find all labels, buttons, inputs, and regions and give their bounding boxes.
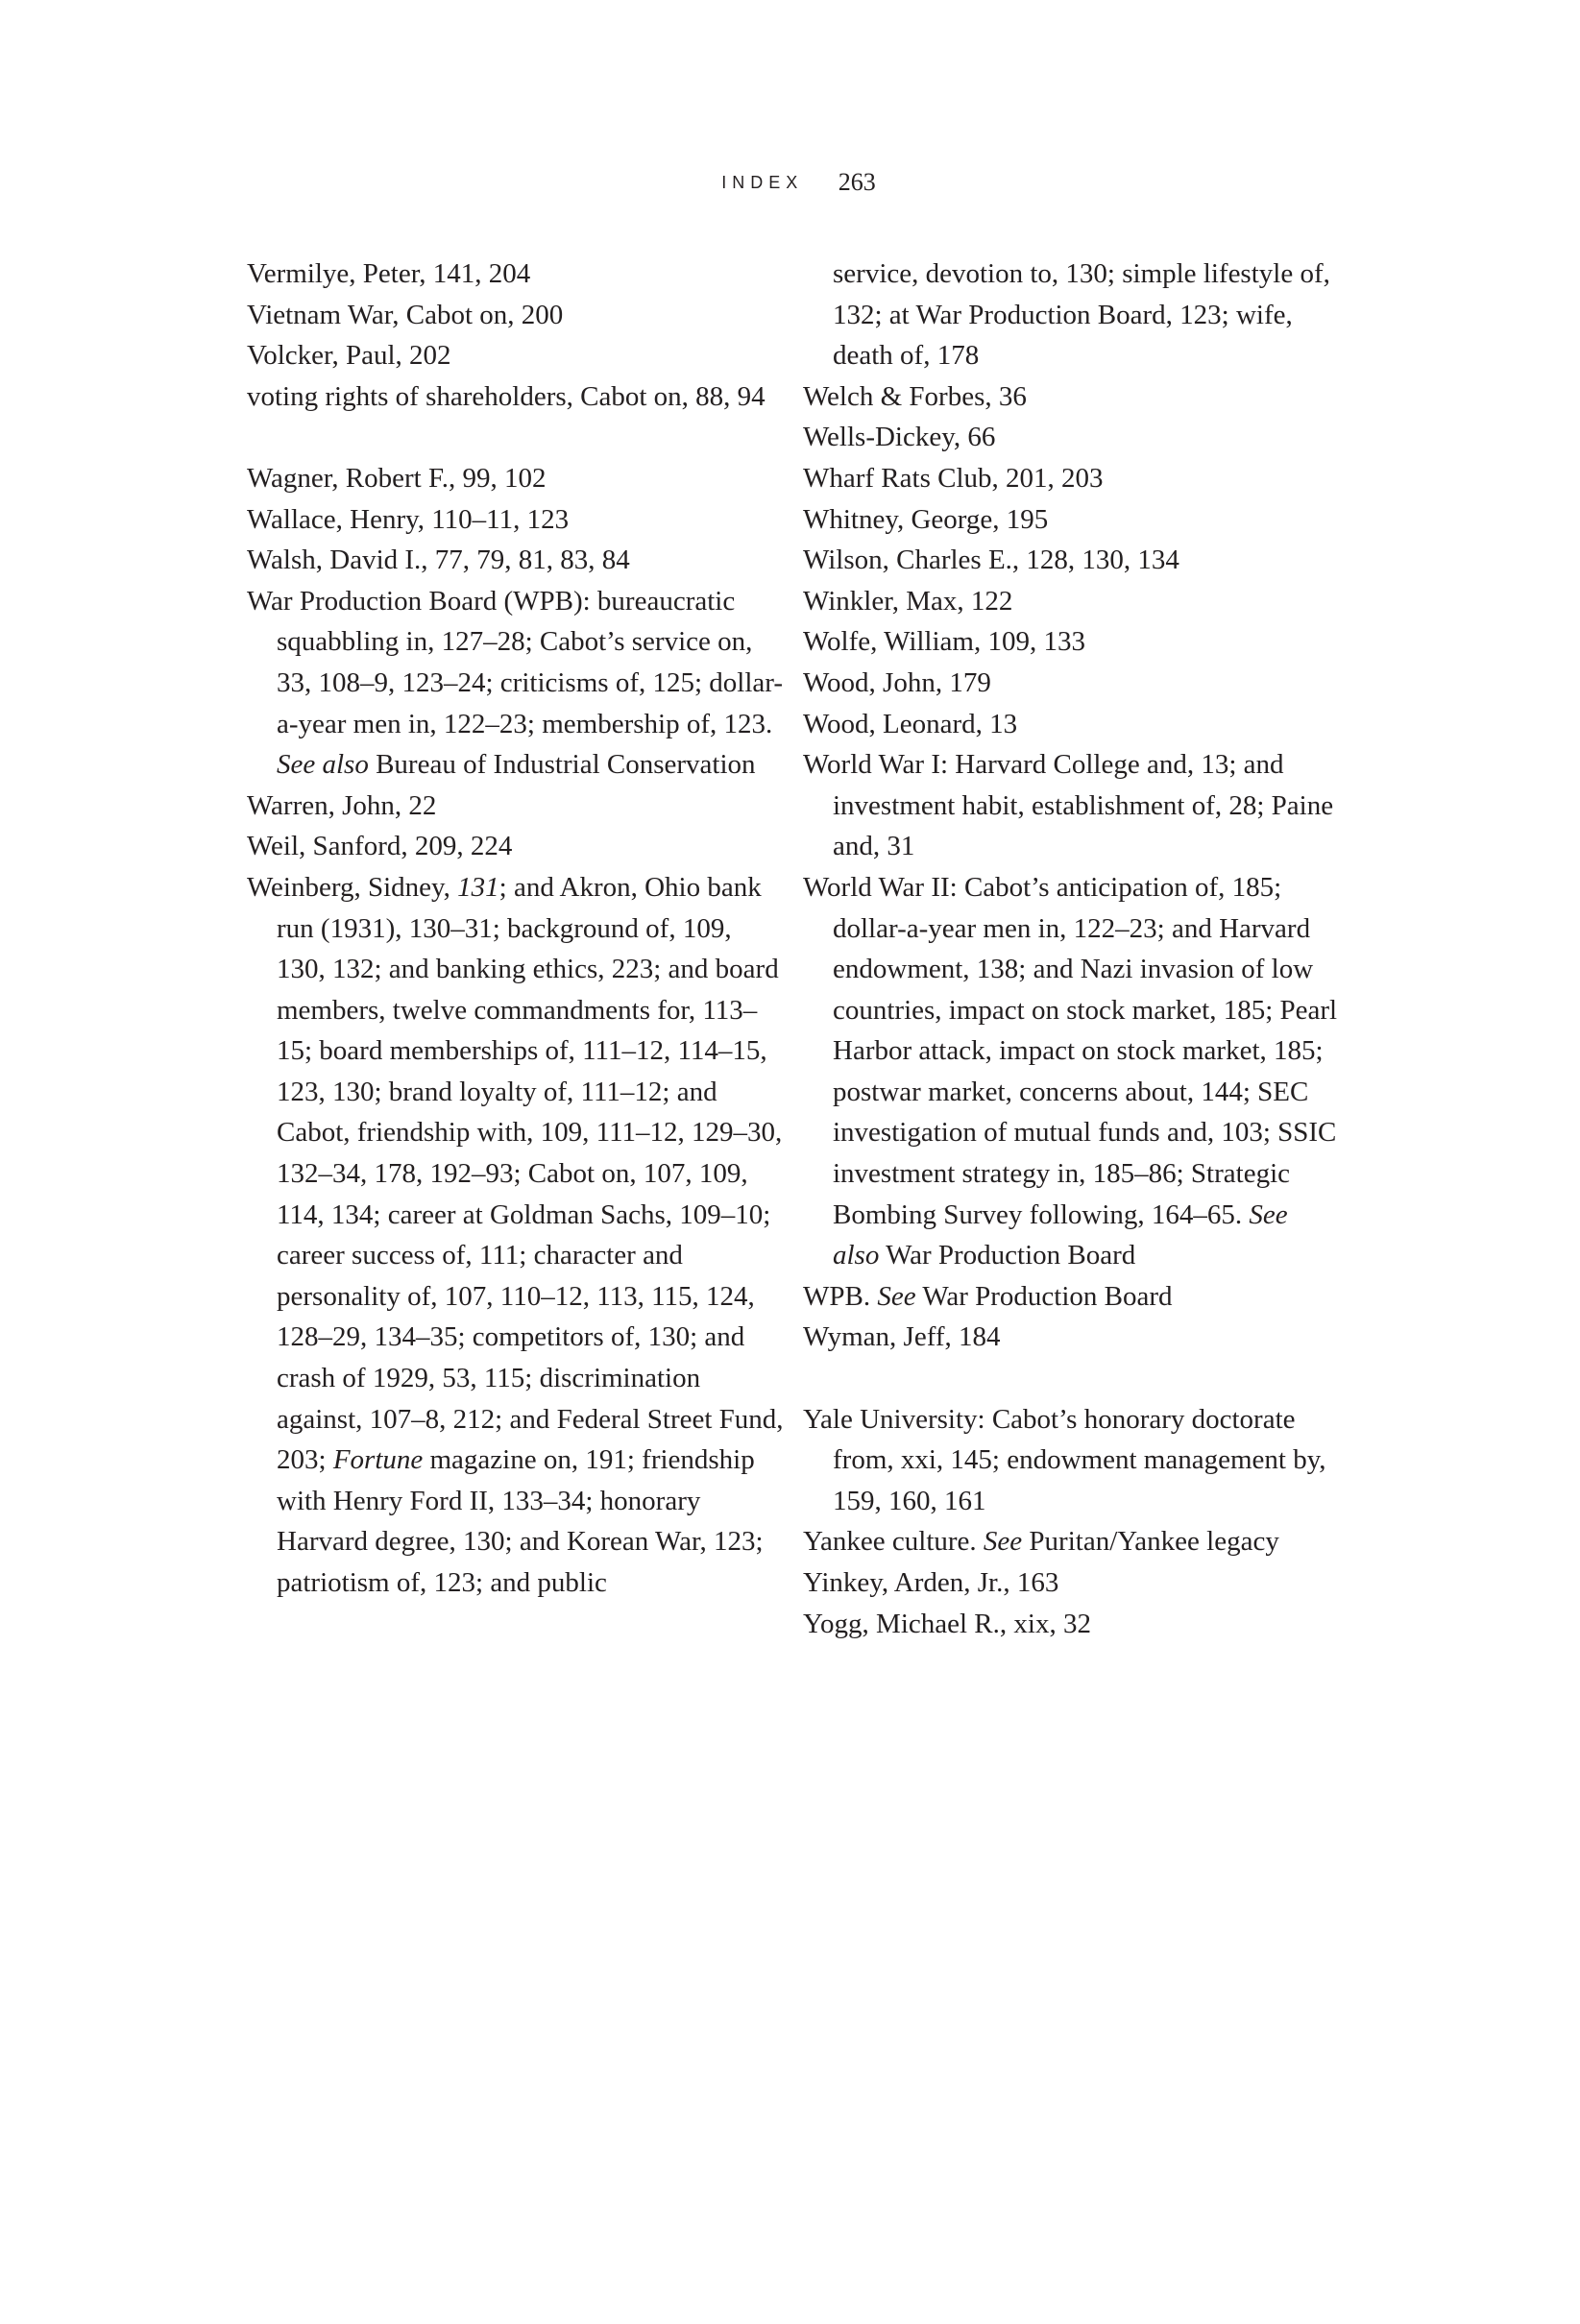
- index-entry: Yankee culture. See Puritan/Yankee legac…: [803, 1521, 1341, 1562]
- index-entry: Wood, John, 179: [803, 663, 1341, 704]
- index-entry: Warren, John, 22: [247, 786, 785, 827]
- index-entry: World War I: Harvard College and, 13; an…: [803, 744, 1341, 867]
- index-entry: Wolfe, William, 109, 133: [803, 621, 1341, 663]
- index-entry: Wallace, Henry, 110–11, 123: [247, 499, 785, 541]
- index-entry: Yale University: Cabot’s honorary doctor…: [803, 1399, 1341, 1522]
- section-label: INDEX: [721, 173, 803, 192]
- index-entry: World War II: Cabot’s anticipation of, 1…: [803, 867, 1341, 1276]
- entry-text: Puritan/Yankee legacy: [1022, 1526, 1279, 1557]
- index-entry: Whitney, George, 195: [803, 499, 1341, 541]
- see-also-reference: See also: [277, 749, 369, 780]
- index-entry: Wood, Leonard, 13: [803, 704, 1341, 745]
- see-reference: See: [877, 1281, 915, 1312]
- index-entry: Yinkey, Arden, Jr., 163: [803, 1562, 1341, 1604]
- index-entry-continued: service, devotion to, 130; simple lifest…: [803, 254, 1341, 376]
- index-column-left: Vermilye, Peter, 141, 204 Vietnam War, C…: [247, 254, 785, 1604]
- running-head: INDEX 263: [0, 163, 1580, 204]
- index-entry: Vietnam War, Cabot on, 200: [247, 295, 785, 336]
- see-reference: See: [984, 1526, 1022, 1557]
- index-entry: Wells-Dickey, 66: [803, 417, 1341, 458]
- index-entry: voting rights of shareholders, Cabot on,…: [247, 376, 785, 418]
- entry-text: War Production Board (WPB): bureaucratic…: [247, 586, 783, 739]
- index-entry: Walsh, David I., 77, 79, 81, 83, 84: [247, 540, 785, 581]
- letter-group-gap: [803, 1358, 1341, 1399]
- entry-text: Bureau of Industrial Conservation: [369, 749, 756, 780]
- entry-text: WPB.: [803, 1281, 877, 1312]
- index-entry: WPB. See War Production Board: [803, 1276, 1341, 1318]
- index-entry: Welch & Forbes, 36: [803, 376, 1341, 418]
- letter-group-gap: [247, 417, 785, 458]
- index-entry: Weil, Sanford, 209, 224: [247, 826, 785, 867]
- index-entry: Weinberg, Sidney, 131; and Akron, Ohio b…: [247, 867, 785, 1604]
- illustration-page-ref: 131: [457, 872, 499, 903]
- index-entry: Wyman, Jeff, 184: [803, 1317, 1341, 1358]
- index-entry: Wharf Rats Club, 201, 203: [803, 458, 1341, 499]
- index-column-right: service, devotion to, 130; simple lifest…: [803, 254, 1341, 1644]
- entry-text: Weinberg, Sidney,: [247, 872, 457, 903]
- index-entry: Yogg, Michael R., xix, 32: [803, 1604, 1341, 1645]
- index-entry: Vermilye, Peter, 141, 204: [247, 254, 785, 295]
- page-number: 263: [839, 168, 876, 196]
- index-entry: War Production Board (WPB): bureaucratic…: [247, 581, 785, 786]
- publication-title: Fortune: [333, 1444, 423, 1475]
- entry-text: War Production Board: [879, 1240, 1135, 1271]
- entry-text: War Production Board: [916, 1281, 1173, 1312]
- index-entry: Wagner, Robert F., 99, 102: [247, 458, 785, 499]
- entry-text: Yankee culture.: [803, 1526, 984, 1557]
- index-entry: Winkler, Max, 122: [803, 581, 1341, 622]
- entry-text: World War II: Cabot’s anticipation of, 1…: [803, 872, 1337, 1230]
- index-entry: Volcker, Paul, 202: [247, 335, 785, 376]
- index-entry: Wilson, Charles E., 128, 130, 134: [803, 540, 1341, 581]
- entry-text: ; and Akron, Ohio bank run (1931), 130–3…: [277, 872, 784, 1475]
